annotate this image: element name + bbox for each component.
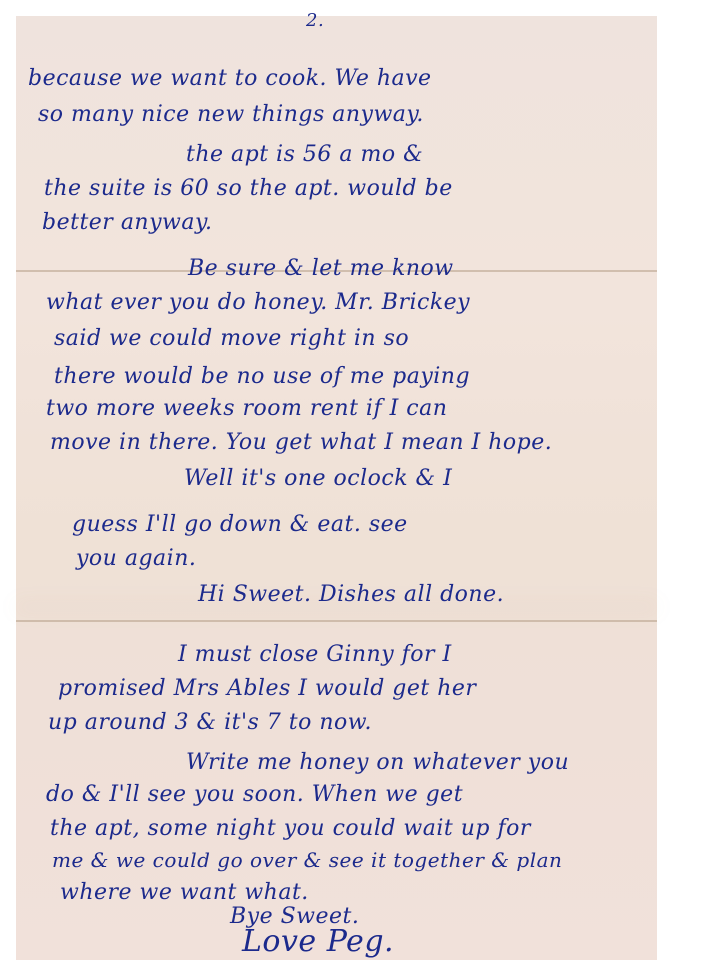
letter-line: me & we could go over & see it together … bbox=[52, 848, 562, 872]
letter-line: the apt is 56 a mo & bbox=[186, 142, 423, 167]
letter-line: said we could move right in so bbox=[54, 326, 409, 351]
signature: Love Peg. bbox=[242, 924, 394, 959]
letter-line: Be sure & let me know bbox=[188, 256, 454, 281]
letter-line: do & I'll see you soon. When we get bbox=[46, 782, 463, 807]
fold-line bbox=[16, 620, 657, 622]
letter-line: Write me honey on whatever you bbox=[186, 750, 569, 775]
letter-line: so many nice new things anyway. bbox=[38, 102, 424, 127]
letter-page: 2. because we want to cook. We have so m… bbox=[16, 16, 657, 960]
letter-line: Well it's one oclock & I bbox=[184, 466, 452, 491]
letter-line: where we want what. bbox=[60, 880, 309, 905]
letter-line: there would be no use of me paying bbox=[54, 364, 470, 389]
letter-line: the suite is 60 so the apt. would be bbox=[44, 176, 453, 201]
letter-line: better anyway. bbox=[42, 210, 212, 235]
letter-line: guess I'll go down & eat. see bbox=[72, 512, 408, 537]
letter-line: up around 3 & it's 7 to now. bbox=[48, 710, 372, 735]
letter-line: what ever you do honey. Mr. Brickey bbox=[46, 290, 470, 315]
letter-line: the apt, some night you could wait up fo… bbox=[50, 816, 531, 841]
letter-line: you again. bbox=[76, 546, 196, 571]
page-number: 2. bbox=[306, 10, 324, 31]
letter-line: two more weeks room rent if I can bbox=[46, 396, 447, 421]
letter-line: Hi Sweet. Dishes all done. bbox=[198, 582, 504, 607]
letter-line: move in there. You get what I mean I hop… bbox=[50, 430, 552, 455]
letter-line: I must close Ginny for I bbox=[178, 642, 452, 667]
letter-line: because we want to cook. We have bbox=[28, 66, 432, 91]
letter-line: promised Mrs Ables I would get her bbox=[58, 676, 476, 701]
